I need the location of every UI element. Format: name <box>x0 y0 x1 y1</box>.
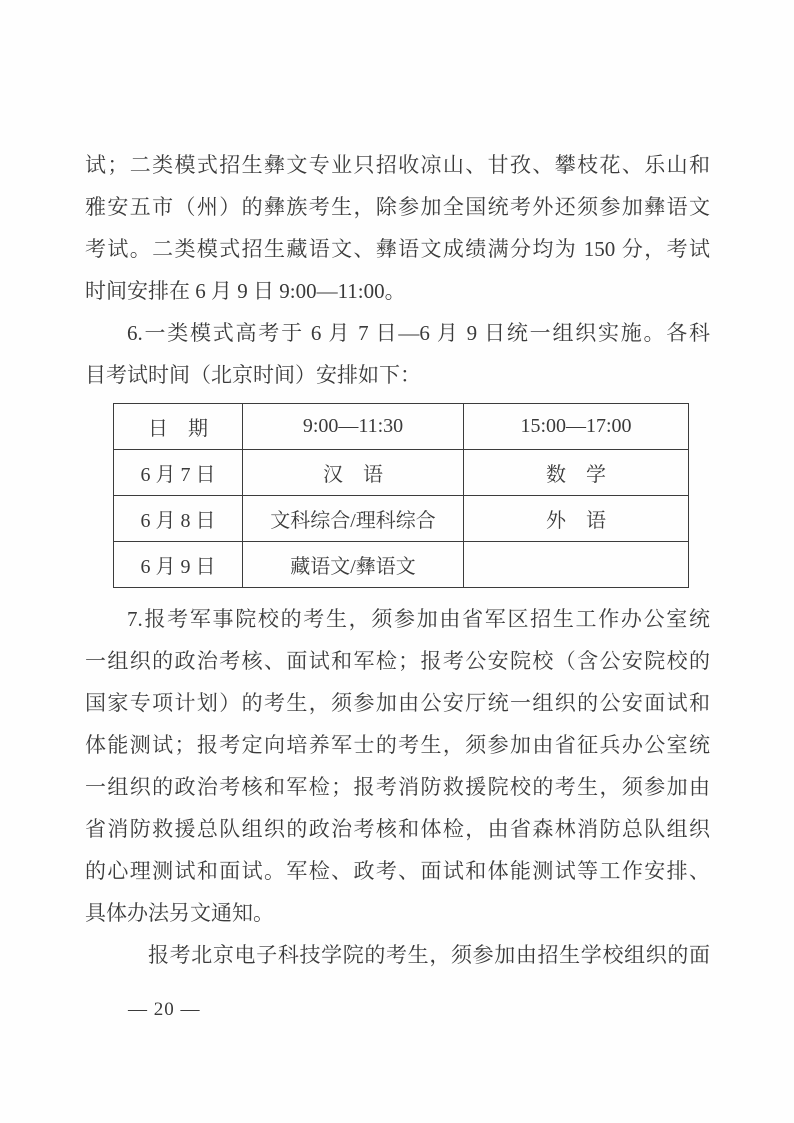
text-line: 考试。二类模式招生藏语文、彝语文成绩满分均为 150 分，考试 <box>85 228 710 270</box>
table-cell: 6 月 9 日 <box>114 542 243 588</box>
table-cell: 文科综合/理科综合 <box>243 496 464 542</box>
column-header: 日 期 <box>114 404 243 450</box>
table-cell: 藏语文/彝语文 <box>243 542 464 588</box>
column-header: 9:00—11:30 <box>243 404 464 450</box>
table-body: 6 月 7 日汉 语数 学6 月 8 日文科综合/理科综合外 语6 月 9 日藏… <box>114 450 689 588</box>
table-row: 6 月 8 日文科综合/理科综合外 语 <box>114 496 689 542</box>
document-body: 试；二类模式招生彝文专业只招收凉山、甘孜、攀枝花、乐山和雅安五市（州）的彝族考生… <box>85 144 710 976</box>
text-line: 一组织的政治考核和军检；报考消防救援院校的考生，须参加由 <box>85 766 710 808</box>
exam-schedule-table: 日 期9:00—11:3015:00—17:00 6 月 7 日汉 语数 学6 … <box>113 403 689 588</box>
paragraph-item-6: 6.一类模式高考于 6 月 7 日—6 月 9 日统一组织实施。各科目考试时间（… <box>85 312 710 396</box>
text-line: 7.报考军事院校的考生，须参加由省军区招生工作办公室统 <box>85 598 710 640</box>
table-cell: 6 月 8 日 <box>114 496 243 542</box>
paragraph-item-7: 7.报考军事院校的考生，须参加由省军区招生工作办公室统一组织的政治考核、面试和军… <box>85 598 710 934</box>
text-line: 试；二类模式招生彝文专业只招收凉山、甘孜、攀枝花、乐山和 <box>85 144 710 186</box>
table-cell: 6 月 7 日 <box>114 450 243 496</box>
table-cell: 数 学 <box>464 450 689 496</box>
table-cell: 汉 语 <box>243 450 464 496</box>
text-line: 的心理测试和面试。军检、政考、面试和体能测试等工作安排、 <box>85 850 710 892</box>
paragraph-beijing-institute: 报考北京电子科技学院的考生，须参加由招生学校组织的面 <box>85 934 710 976</box>
text-line: 省消防救援总队组织的政治考核和体检，由省森林消防总队组织 <box>85 808 710 850</box>
text-line: 报考北京电子科技学院的考生，须参加由招生学校组织的面 <box>85 934 710 976</box>
page-number: — 20 — <box>128 999 201 1021</box>
text-line: 时间安排在 6 月 9 日 9:00—11:00。 <box>85 270 710 312</box>
paragraph-continuation: 试；二类模式招生彝文专业只招收凉山、甘孜、攀枝花、乐山和雅安五市（州）的彝族考生… <box>85 144 710 312</box>
text-line: 具体办法另文通知。 <box>85 892 710 934</box>
table-cell: 外 语 <box>464 496 689 542</box>
table-row: 6 月 9 日藏语文/彝语文 <box>114 542 689 588</box>
document-page: 试；二类模式招生彝文专业只招收凉山、甘孜、攀枝花、乐山和雅安五市（州）的彝族考生… <box>0 0 794 1123</box>
text-line: 目考试时间（北京时间）安排如下： <box>85 354 710 396</box>
table-cell <box>464 542 689 588</box>
text-line: 6.一类模式高考于 6 月 7 日—6 月 9 日统一组织实施。各科 <box>85 312 710 354</box>
table-header-row: 日 期9:00—11:3015:00—17:00 <box>114 404 689 450</box>
text-line: 一组织的政治考核、面试和军检；报考公安院校（含公安院校的 <box>85 640 710 682</box>
text-line: 体能测试；报考定向培养军士的考生，须参加由省征兵办公室统 <box>85 724 710 766</box>
text-line: 雅安五市（州）的彝族考生，除参加全国统考外还须参加彝语文 <box>85 186 710 228</box>
text-line: 国家专项计划）的考生，须参加由公安厅统一组织的公安面试和 <box>85 682 710 724</box>
column-header: 15:00—17:00 <box>464 404 689 450</box>
table-row: 6 月 7 日汉 语数 学 <box>114 450 689 496</box>
